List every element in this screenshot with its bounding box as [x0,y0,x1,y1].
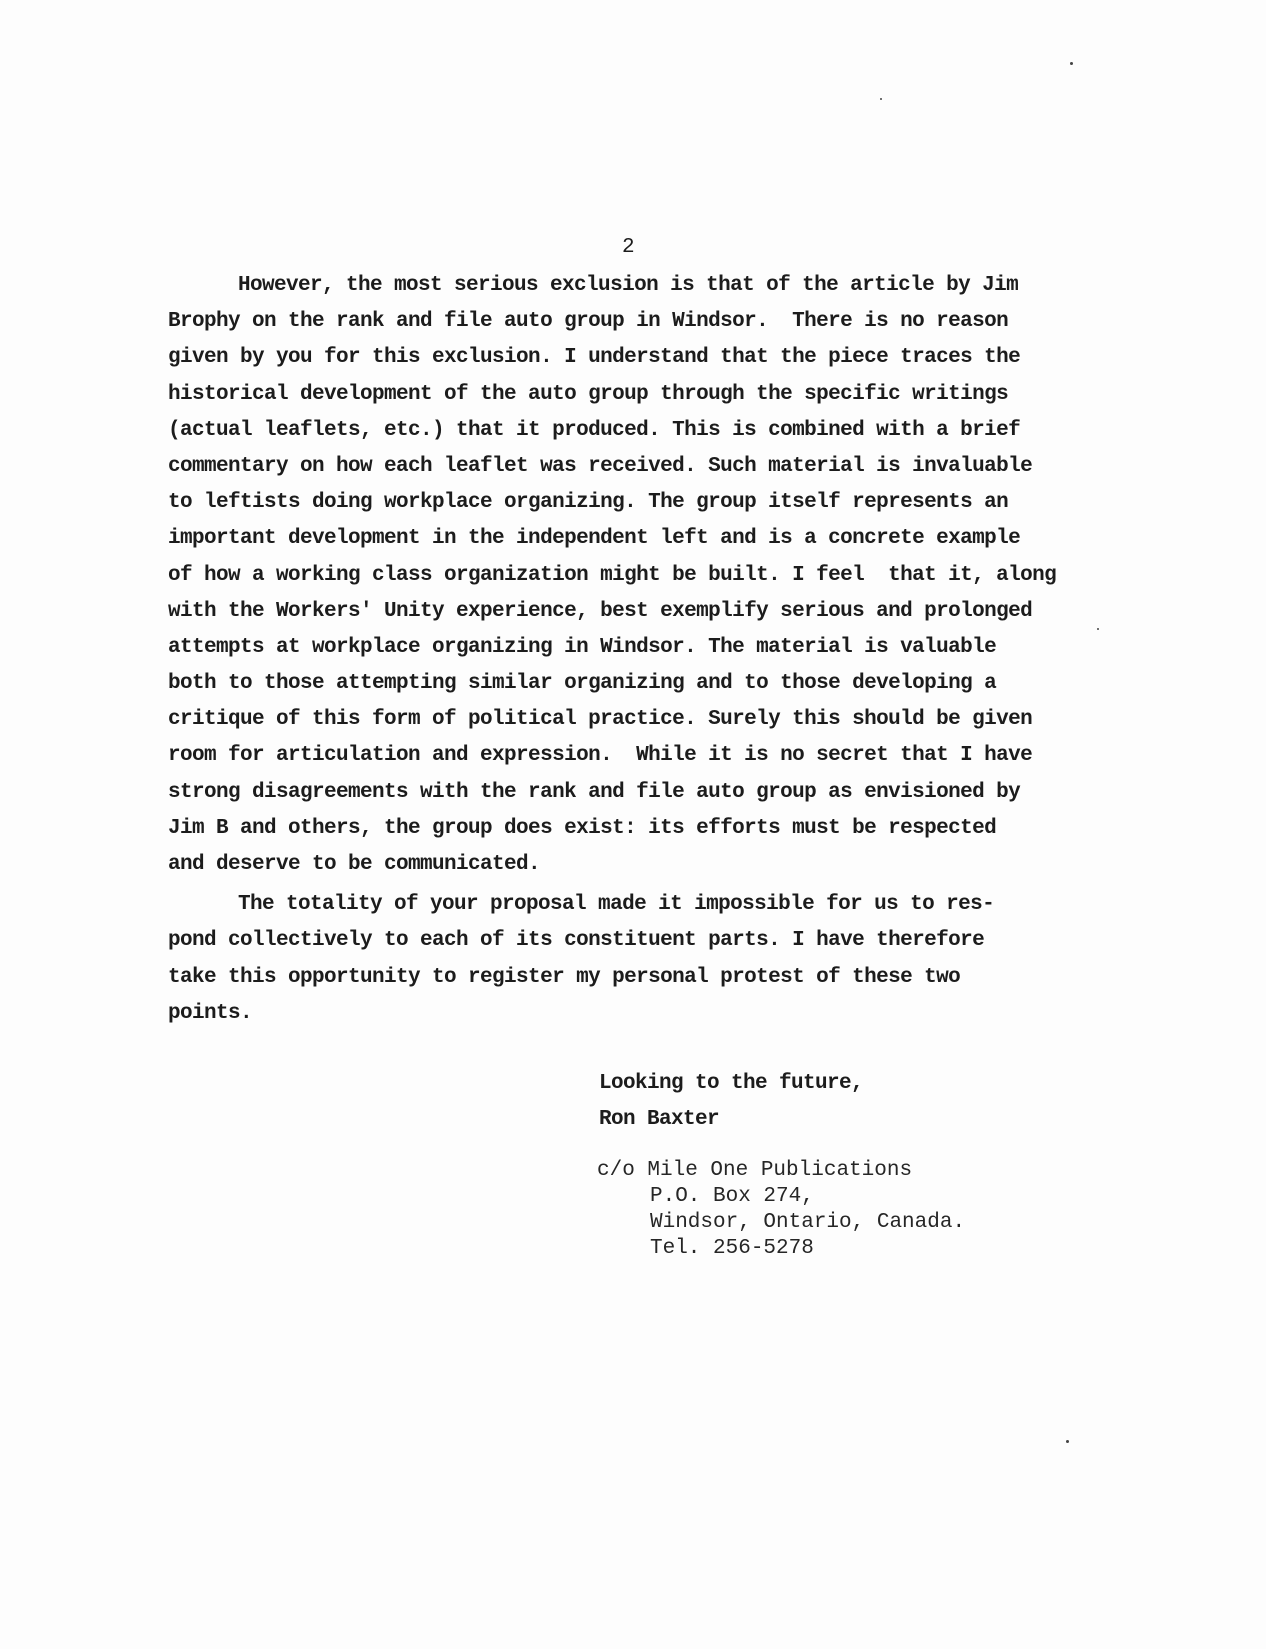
address-line-care-of: c/o Mile One Publications [597,1158,965,1184]
text-line: room for articulation and expression. Wh… [168,738,1128,774]
text-line: commentary on how each leaflet was recei… [168,449,1128,485]
text-line: strong disagreements with the rank and f… [168,775,1128,811]
address-line-city: Windsor, Ontario, Canada. [597,1210,965,1236]
letter-body: However, the most serious exclusion is t… [168,268,1128,1032]
text-line: and deserve to be communicated. [168,847,1128,883]
text-line: historical development of the auto group… [168,377,1128,413]
text-line: The totality of your proposal made it im… [168,887,1128,923]
address-line-po-box: P.O. Box 274, [597,1184,965,1210]
address-block: c/o Mile One Publications P.O. Box 274, … [597,1158,965,1262]
text-line: with the Workers' Unity experience, best… [168,594,1128,630]
text-line: important development in the independent… [168,521,1128,557]
text-line: take this opportunity to register my per… [168,960,1128,996]
letter-page: 2 However, the most serious exclusion is… [0,0,1266,1649]
scan-speck [1097,628,1099,630]
signature: Ron Baxter [599,1102,863,1138]
text-line: Jim B and others, the group does exist: … [168,811,1128,847]
valediction: Looking to the future, [599,1066,863,1102]
text-line: of how a working class organization migh… [168,558,1128,594]
text-line: to leftists doing workplace organizing. … [168,485,1128,521]
scan-speck [1070,62,1073,65]
text-line: points. [168,996,1128,1032]
text-line: attempts at workplace organizing in Wind… [168,630,1128,666]
address-line-phone: Tel. 256-5278 [597,1236,965,1262]
text-line: However, the most serious exclusion is t… [168,268,1128,304]
paragraph-2: The totality of your proposal made it im… [168,887,1128,1032]
scan-speck [880,98,882,100]
text-line: (actual leaflets, etc.) that it produced… [168,413,1128,449]
text-line: given by you for this exclusion. I under… [168,340,1128,376]
scan-speck [1066,1440,1069,1443]
page-number: 2 [622,236,635,259]
text-line: pond collectively to each of its constit… [168,923,1128,959]
text-line: Brophy on the rank and file auto group i… [168,304,1128,340]
text-line: both to those attempting similar organiz… [168,666,1128,702]
paragraph-1: However, the most serious exclusion is t… [168,268,1128,883]
text-line: critique of this form of political pract… [168,702,1128,738]
closing-block: Looking to the future, Ron Baxter [599,1066,863,1138]
